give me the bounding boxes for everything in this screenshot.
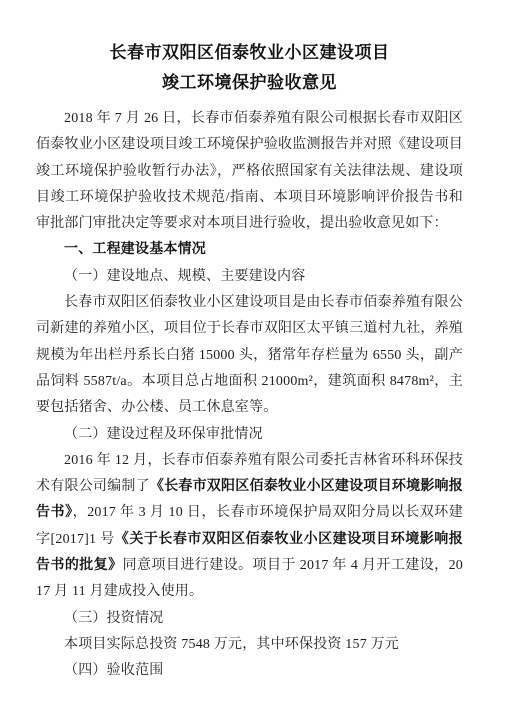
- document-title-line-2: 竣工环境保护验收意见: [36, 68, 463, 98]
- text-segment: 2018 年 7 月 26 日，长春市佰泰养殖有限公司根据长春市双阳区佰泰牧业小…: [36, 111, 463, 231]
- document-page: 长春市双阳区佰泰牧业小区建设项目 竣工环境保护验收意见 2018 年 7 月 2…: [0, 0, 515, 706]
- sub-heading-1-2: （二）建设过程及环保审批情况: [36, 422, 463, 448]
- intro-paragraph: 2018 年 7 月 26 日，长春市佰泰养殖有限公司根据长春市双阳区佰泰牧业小…: [36, 106, 463, 237]
- text-segment: 长春市双阳区佰泰牧业小区建设项目是由长春市佰泰养殖有限公司新建的养殖小区，项目位…: [36, 295, 463, 415]
- construction-content-paragraph: 长春市双阳区佰泰牧业小区建设项目是由长春市佰泰养殖有限公司新建的养殖小区，项目位…: [36, 290, 463, 421]
- document-title-line-1: 长春市双阳区佰泰牧业小区建设项目: [36, 38, 463, 68]
- sub-heading-1-3: （三）投资情况: [36, 606, 463, 632]
- text-segment: （三）投资情况: [64, 611, 163, 626]
- section-heading-1: 一、工程建设基本情况: [36, 237, 463, 263]
- text-segment: 本项目实际总投资 7548 万元，其中环保投资 157 万元: [64, 637, 399, 652]
- investment-paragraph: 本项目实际总投资 7548 万元，其中环保投资 157 万元: [36, 632, 463, 658]
- sub-heading-1-1: （一）建设地点、规模、主要建设内容: [36, 264, 463, 290]
- document-body: 2018 年 7 月 26 日，长春市佰泰养殖有限公司根据长春市双阳区佰泰牧业小…: [36, 106, 463, 685]
- text-segment: （四）验收范围: [64, 663, 163, 678]
- text-segment: 一、工程建设基本情况: [64, 242, 206, 257]
- sub-heading-1-4: （四）验收范围: [36, 658, 463, 684]
- approval-paragraph: 2016 年 12 月，长春市佰泰养殖有限公司委托吉林省环科环保技术有限公司编制…: [36, 448, 463, 606]
- text-segment: （一）建设地点、规模、主要建设内容: [64, 269, 305, 284]
- text-segment: （二）建设过程及环保审批情况: [64, 427, 263, 442]
